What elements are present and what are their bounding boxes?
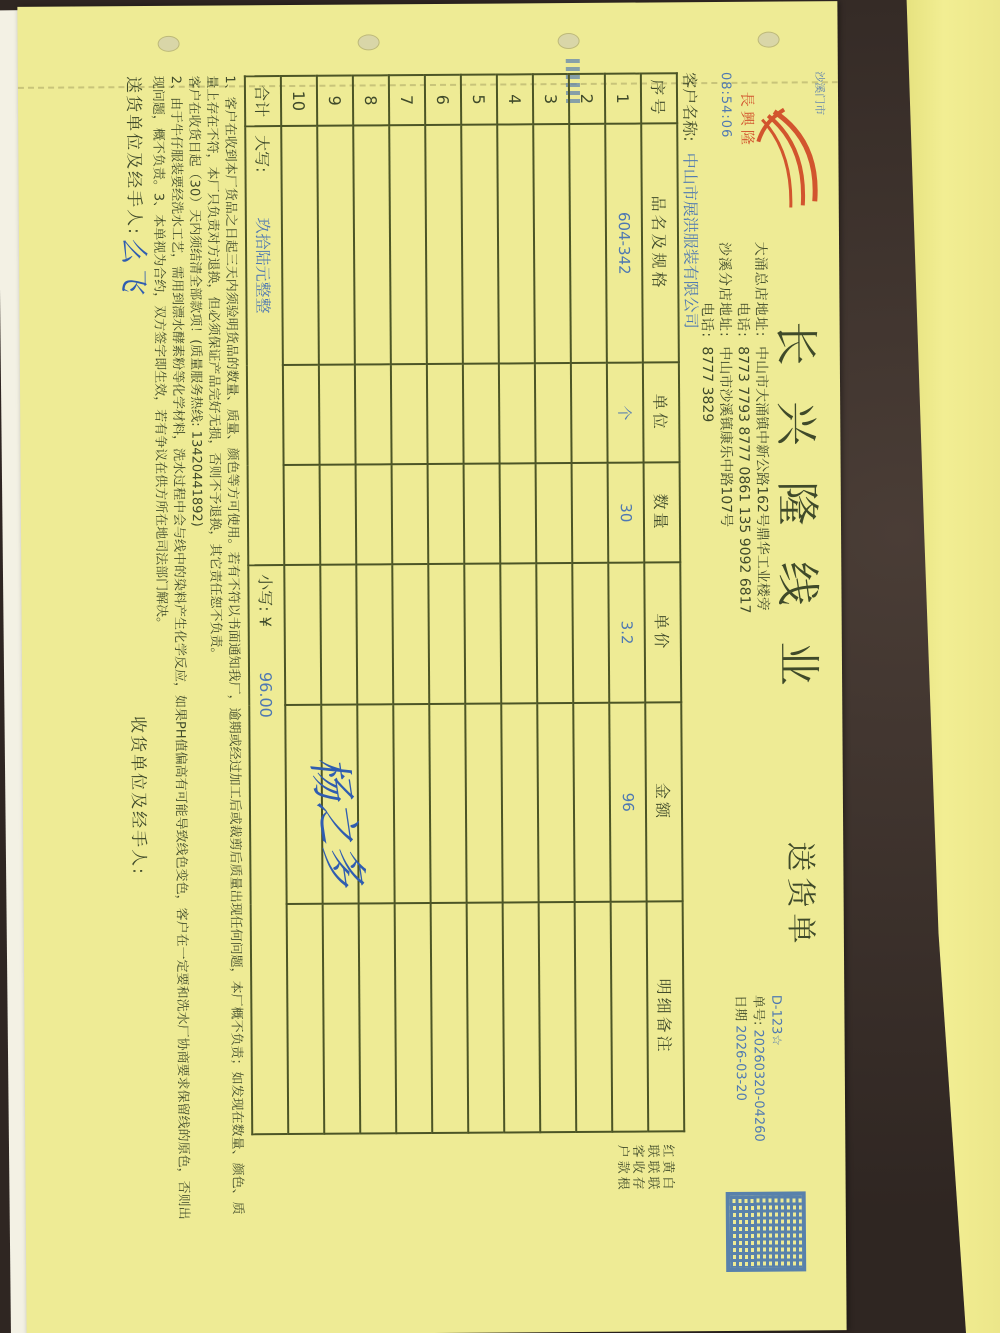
unit-price: 3.2 bbox=[608, 563, 645, 703]
address-row: 沙溪分店地址: 中山市沙溪镇康乐中路107号 bbox=[715, 242, 736, 614]
total-figures-value: 96.00 bbox=[257, 672, 276, 718]
address-block: 大涌总店地址: 中山市大涌镇中新公路162号鼎华工业楼旁 电话: 8773 77… bbox=[697, 242, 772, 614]
binding-hole bbox=[158, 36, 180, 52]
customer-field: 客户名称: 中山市展洪服装有限公司 bbox=[679, 72, 704, 329]
order-number: 单号: 20260320-04260 bbox=[748, 995, 767, 1142]
header-remarks: 明细备注 bbox=[647, 902, 685, 1132]
total-row: 合计 大写: 玖拾陆元整整 小写: ¥ 96.00 bbox=[245, 76, 288, 1134]
table-row: 2 bbox=[569, 74, 612, 1132]
header-amount: 金额 bbox=[645, 702, 682, 902]
total-in-figures: 小写: ¥ 96.00 bbox=[248, 565, 288, 1134]
terms-notes: 1、客户在收到本厂货品之日起三天内须验明货品的数量、质量、颜色等方可使用。若有不… bbox=[148, 75, 246, 1226]
items-table: 序号 品名及规格 单位 数量 单价 金额 明细备注 1 604-342 个 30… bbox=[244, 72, 685, 1135]
amount: 96 bbox=[609, 702, 646, 902]
copy-labels: 白联存根 黄联收款 红联客户 bbox=[535, 1140, 675, 1189]
header-unit: 单位 bbox=[643, 363, 680, 463]
total-label: 合计 bbox=[245, 76, 281, 126]
binding-hole bbox=[558, 33, 580, 49]
table-row: 10 bbox=[281, 76, 324, 1134]
order-date: 日期 2026-03-20 bbox=[730, 995, 749, 1142]
form-code: D-123☆ bbox=[766, 995, 785, 1142]
header-quantity: 数量 bbox=[644, 463, 681, 563]
copy-label-red: 红联客户 bbox=[615, 1140, 675, 1156]
total-words-value: 玖拾陆元整整 bbox=[253, 218, 273, 314]
table-row: 8 bbox=[353, 75, 396, 1133]
header-product: 品名及规格 bbox=[641, 123, 679, 363]
table-row: 3 bbox=[533, 74, 576, 1132]
address-row: 大涌总店地址: 中山市大涌镇中新公路162号鼎华工业楼旁 bbox=[751, 242, 772, 614]
delivery-note-form: 沙溪门市 長興隆 08:54:06 长兴隆线业 送货单 大涌总店地址: 中山市大… bbox=[58, 61, 847, 1306]
receiver-label: 收货单位及经手人: bbox=[127, 716, 153, 876]
qr-code-icon bbox=[726, 1191, 807, 1272]
company-name: 长兴隆线业 bbox=[768, 321, 835, 721]
sender-label: 送货单位及经手人: bbox=[123, 76, 149, 236]
sender-signature: 么飞 bbox=[115, 236, 155, 292]
phone-row: 电话: 8773 7793 8777 0861 135 9092 6817 bbox=[733, 242, 754, 614]
product-code: 604-342 bbox=[605, 123, 643, 363]
customer-name: 中山市展洪服装有限公司 bbox=[680, 153, 700, 329]
header-index: 序号 bbox=[641, 73, 677, 123]
delivery-note-sheet: 沙溪门市 長興隆 08:54:06 长兴隆线业 送货单 大涌总店地址: 中山市大… bbox=[17, 1, 846, 1333]
form-footer: 送货单位及经手人: 么飞 收货单位及经手人: bbox=[108, 76, 156, 1226]
header-unit-price: 单价 bbox=[644, 562, 681, 702]
brand-name: 長興隆 bbox=[737, 92, 758, 149]
order-meta: D-123☆ 单号: 20260320-04260 日期 2026-03-20 bbox=[730, 995, 785, 1142]
binding-hole bbox=[758, 32, 780, 48]
form-header: 沙溪门市 長興隆 08:54:06 长兴隆线业 送货单 大涌总店地址: 中山市大… bbox=[708, 61, 847, 1302]
total-in-words: 大写: 玖拾陆元整整 bbox=[245, 126, 284, 565]
copy-label-white: 白联存根 bbox=[616, 1172, 676, 1188]
table-row: 4 bbox=[497, 74, 540, 1132]
document-title: 送货单 bbox=[781, 841, 826, 949]
table-row: 7 bbox=[389, 75, 432, 1133]
binding-hole bbox=[358, 34, 380, 50]
binding-holes bbox=[158, 31, 818, 66]
table-row: 9 bbox=[317, 76, 360, 1134]
table-header-row: 序号 品名及规格 单位 数量 单价 金额 明细备注 bbox=[641, 73, 684, 1131]
table-row: 5 bbox=[461, 75, 504, 1133]
quantity: 30 bbox=[608, 463, 645, 563]
swallow-logo-icon bbox=[754, 101, 825, 211]
company-logo: 沙溪门市 長興隆 08:54:06 bbox=[718, 71, 829, 232]
copy-label-yellow: 黄联收款 bbox=[615, 1156, 675, 1172]
table-row: 6 bbox=[425, 75, 468, 1133]
print-time: 08:54:06 bbox=[718, 72, 733, 138]
unit: 个 bbox=[607, 363, 644, 463]
table-row: 1 604-342 个 30 3.2 96 bbox=[605, 74, 648, 1132]
